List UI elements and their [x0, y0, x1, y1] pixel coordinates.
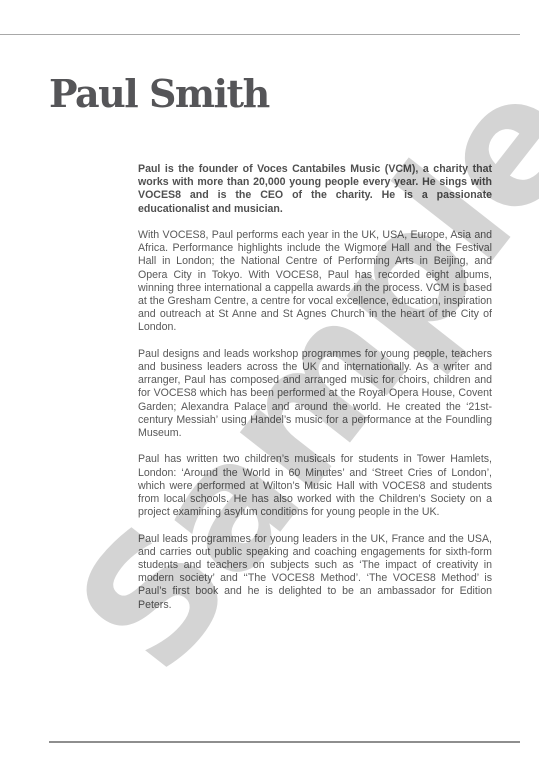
bio-paragraph-performances: With VOCES8, Paul performs each year in …	[138, 229, 492, 335]
page-title: Paul Smith	[49, 70, 269, 118]
header-rule	[0, 34, 520, 35]
biography-body: Paul is the founder of Voces Cantabiles …	[138, 163, 492, 625]
bio-paragraph-musicals: Paul has written two children’s musicals…	[138, 453, 492, 519]
bio-paragraph-workshops: Paul designs and leads workshop programm…	[138, 348, 492, 440]
footer-rule	[49, 741, 520, 743]
bio-lead-paragraph: Paul is the founder of Voces Cantabiles …	[138, 163, 492, 216]
bio-paragraph-leadership: Paul leads programmes for young leaders …	[138, 533, 492, 612]
